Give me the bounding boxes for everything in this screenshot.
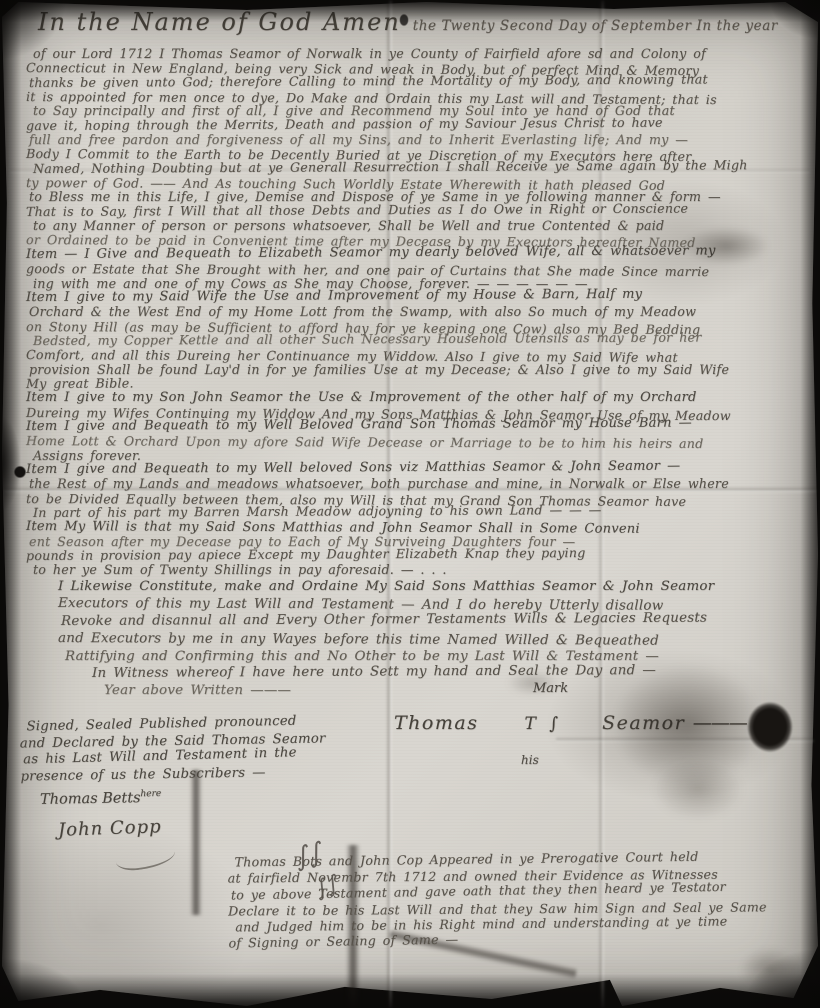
witness-note: here bbox=[140, 789, 161, 799]
manuscript-line: Item I give and Bequeath to my Well Belo… bbox=[26, 416, 810, 434]
signature-first-name: Thomas bbox=[394, 712, 478, 734]
manuscript-line: Item I give and Bequeath to my Well belo… bbox=[26, 459, 810, 477]
manuscript-line: I Likewise Constitute, make and Ordaine … bbox=[58, 578, 798, 595]
manuscript-line: Orchard & the West End of my Home Lott f… bbox=[29, 305, 810, 319]
manuscript-line: Item I give to my Said Wife the Use and … bbox=[26, 287, 810, 305]
witness-signature-john-copp: John Copp bbox=[58, 816, 162, 841]
his-mark-label: his bbox=[521, 753, 539, 767]
manuscript-line: Item — I Give and Bequeath to Elizabeth … bbox=[26, 244, 810, 262]
manuscript-line: Year above Written ——— bbox=[104, 682, 798, 699]
document-scan: In the Name of God Amenthe Twenty Second… bbox=[0, 0, 820, 1008]
manuscript-line: full and free pardon and forgiveness of … bbox=[29, 133, 810, 147]
body-text: of our Lord 1712 I Thomas Seamor of Norw… bbox=[26, 47, 810, 578]
manuscript-line: to any Manner of person or persons whats… bbox=[33, 219, 810, 233]
witness-name: Thomas Betts bbox=[40, 790, 141, 808]
opening-date: the Twenty Second Day of September In th… bbox=[413, 18, 778, 34]
manuscript-line: Named, Nothing Doubting but at ye Genera… bbox=[33, 158, 810, 176]
manuscript-line: and Executors by me in any Wayes before … bbox=[58, 630, 798, 651]
opening-line: In the Name of God Amenthe Twenty Second… bbox=[38, 8, 778, 36]
witness-signature-thomas-betts: Thomas Bettshere bbox=[40, 789, 162, 808]
manuscript-line: thanks be given unto God; therefore Call… bbox=[29, 72, 810, 90]
manuscript-line: Item I give to my Son John Seamor the Us… bbox=[26, 391, 810, 405]
manuscript-line: Revoke and disannul all and Every Other … bbox=[61, 609, 798, 630]
signature-last-name: Seamor bbox=[602, 712, 685, 734]
testator-mark: T ∫ bbox=[524, 714, 562, 734]
manuscript-line: That is to Say, first I Will that all th… bbox=[26, 201, 810, 219]
signature-flourish: ——— bbox=[693, 712, 747, 734]
manuscript-line: gave it, hoping through the Merrits, Dea… bbox=[26, 115, 810, 133]
manuscript-line: Bedsted, my Copper Kettle and all other … bbox=[33, 330, 810, 348]
opening-invocation: In the Name of God Amen bbox=[38, 8, 401, 36]
manuscript-line: In part of his part my Barren Marsh Mead… bbox=[33, 502, 810, 520]
attestation-note: Signed, Sealed Published pronouncedand D… bbox=[19, 713, 350, 786]
manuscript-line: to her ye Sum of Twenty Shillings in pay… bbox=[33, 563, 810, 577]
manuscript-line: the Rest of my Lands and meadows whatsoe… bbox=[29, 477, 810, 491]
manuscript-line: In Witness whereof I have here unto Sett… bbox=[92, 661, 798, 682]
probate-note: Thomas Bots and John Cop Appeared in ye … bbox=[227, 847, 803, 952]
closing-text: I Likewise Constitute, make and Ordaine … bbox=[58, 578, 798, 700]
manuscript-line: of our Lord 1712 I Thomas Seamor of Norw… bbox=[33, 47, 810, 61]
mark-label: Mark bbox=[533, 681, 568, 696]
manuscript-line: My great Bible. bbox=[26, 373, 810, 391]
manuscript-line: pounds in provision pay apiece Except my… bbox=[26, 545, 810, 563]
testator-signature: ThomasT ∫Seamor ——— bbox=[394, 712, 747, 734]
